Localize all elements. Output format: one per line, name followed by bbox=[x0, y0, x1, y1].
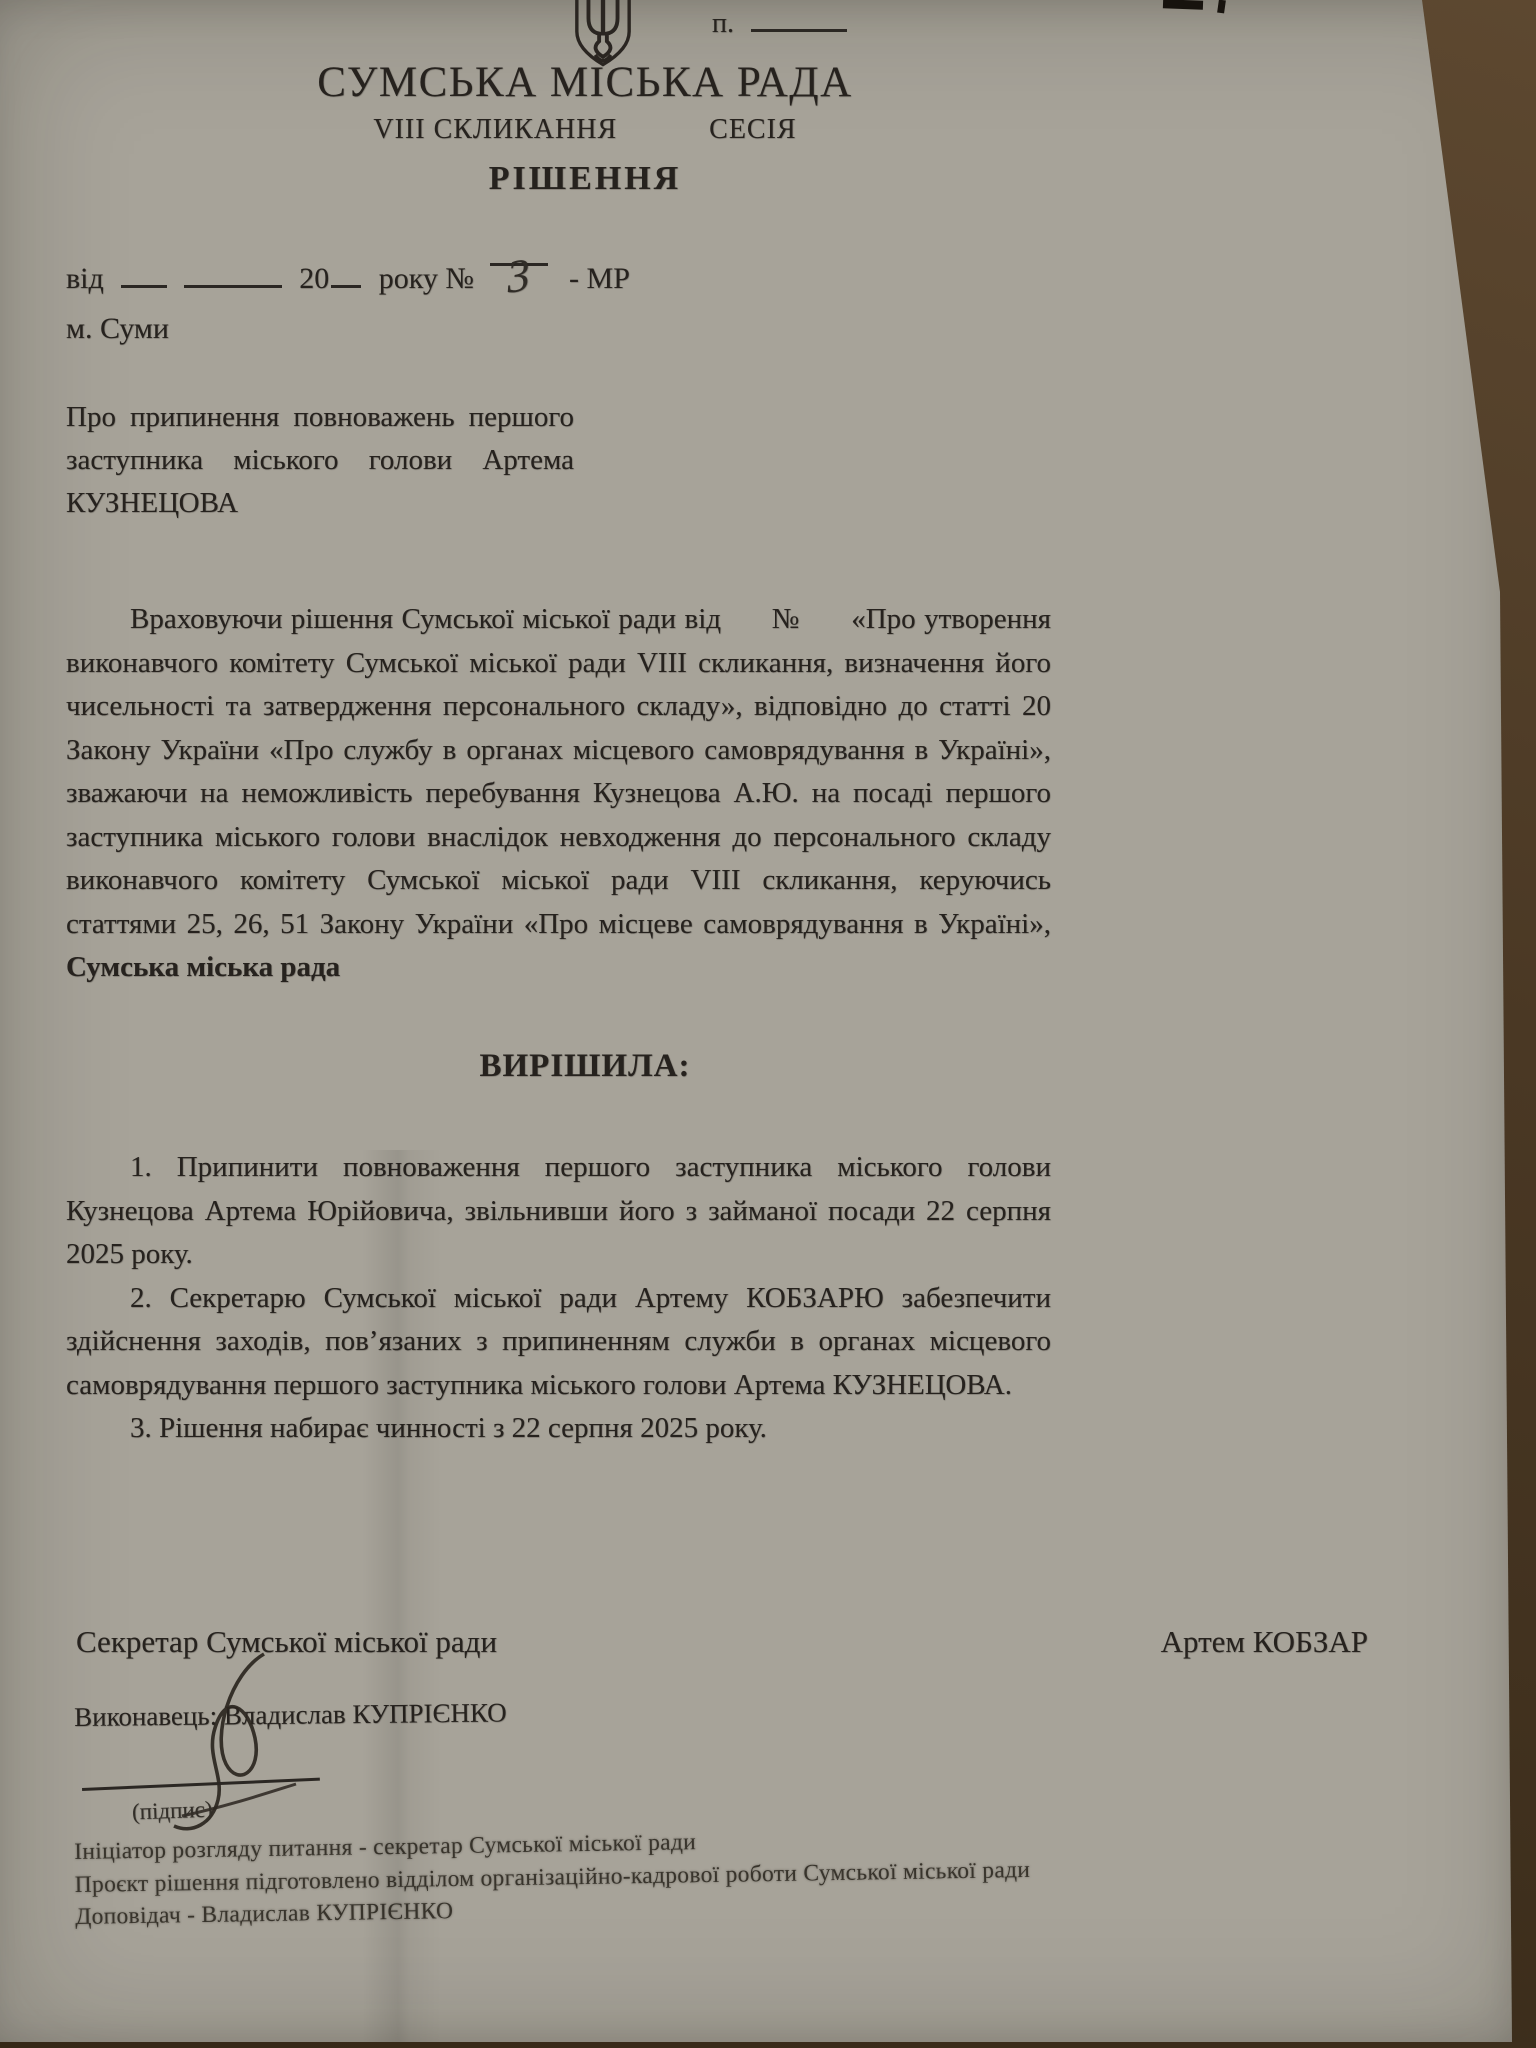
resolution-item-1: 1. Припинити повноваження першого заступ… bbox=[66, 1146, 1051, 1277]
session-label: СЕСІЯ bbox=[709, 114, 796, 146]
preamble-paragraph: Враховуючи рішення Сумської міської ради… bbox=[66, 598, 1051, 990]
subject-line: Про припинення повноважень першого bbox=[66, 396, 574, 439]
year-blank bbox=[331, 284, 361, 288]
date-blank-day bbox=[121, 284, 167, 288]
preamble-text: Враховуючи рішення Сумської міської ради… bbox=[66, 603, 1051, 940]
date-blank-month bbox=[184, 284, 282, 288]
resolution-item-3: 3. Рішення набирає чинності з 22 серпня … bbox=[66, 1407, 1051, 1451]
footer-notes: Ініціатор розгляду питання - секретар Су… bbox=[74, 1821, 1031, 1933]
signer-name: Артем КОБЗАР bbox=[1161, 1624, 1368, 1660]
number-suffix-label: - МР bbox=[569, 262, 630, 295]
signature-caption: (підпис) bbox=[132, 1797, 213, 1826]
subject-line: заступника міського голови Артема bbox=[66, 439, 574, 482]
year-prefix-label: 20 bbox=[299, 262, 329, 295]
page-number-field: п. bbox=[712, 8, 847, 40]
photo-artifact bbox=[1163, 0, 1203, 10]
photo-background: п. СУМСЬКА МІСЬКА РАДА VIII СКЛИКАННЯ СЕ… bbox=[0, 0, 1536, 2048]
number-blank: 3 bbox=[490, 262, 548, 266]
convocation-line: VIII СКЛИКАННЯ СЕСІЯ bbox=[180, 114, 990, 146]
convocation-label: VIII СКЛИКАННЯ bbox=[373, 114, 617, 146]
resolved-heading: ВИРІШИЛА: bbox=[180, 1048, 990, 1085]
photo-artifact bbox=[1217, 0, 1226, 13]
resolution-item-2: 2. Секретарю Сумської міської ради Артем… bbox=[66, 1277, 1051, 1408]
organization-name: СУМСЬКА МІСЬКА РАДА bbox=[180, 58, 990, 107]
page-number-blank bbox=[751, 28, 847, 32]
document-type-heading: РІШЕННЯ bbox=[180, 160, 990, 198]
council-name-bold: Сумська міська рада bbox=[66, 951, 340, 983]
date-prefix-label: від bbox=[66, 262, 104, 295]
subject-block: Про припинення повноважень першого засту… bbox=[66, 396, 574, 525]
year-suffix-label: року № bbox=[379, 262, 474, 295]
date-number-line: від 20 року № 3 - МР bbox=[66, 262, 630, 296]
page-number-label: п. bbox=[712, 8, 734, 39]
resolution-items: 1. Припинити повноваження першого заступ… bbox=[66, 1146, 1051, 1451]
subject-line: КУЗНЕЦОВА bbox=[66, 482, 574, 525]
document-paper: п. СУМСЬКА МІСЬКА РАДА VIII СКЛИКАННЯ СЕ… bbox=[0, 0, 1536, 2048]
city-label: м. Суми bbox=[66, 312, 169, 346]
handwritten-decision-number: 3 bbox=[507, 264, 531, 288]
paper-crease-shadow bbox=[362, 1150, 442, 2048]
